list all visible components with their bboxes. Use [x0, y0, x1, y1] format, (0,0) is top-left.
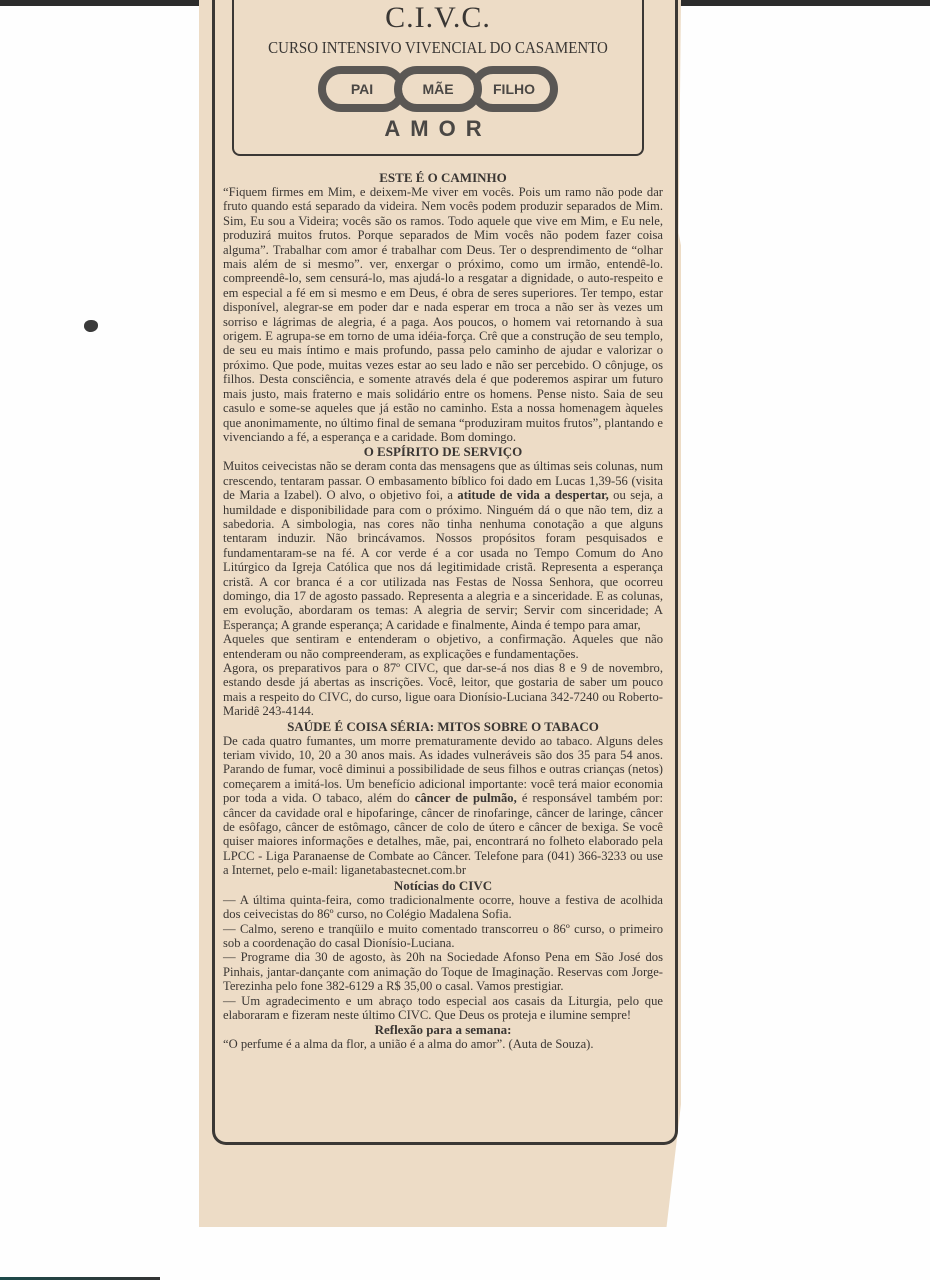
paragraph-servico-1: Muitos ceivecistas não se deram conta da… — [223, 459, 663, 632]
section-title-noticias: Notícias do CIVC — [223, 878, 663, 893]
column-header: C.I.V.C. CURSO INTENSIVO VIVENCIAL DO CA… — [232, 0, 644, 156]
chain-link-pai: PAI — [318, 66, 406, 112]
section-title-caminho: ESTE É O CAMINHO — [223, 170, 663, 185]
header-subtitle: CURSO INTENSIVO VIVENCIAL DO CASAMENTO — [258, 38, 617, 58]
news-item: — Calmo, sereno e tranqüilo e muito come… — [223, 922, 663, 951]
chain-links-logo: PAI MÃE FILHO — [318, 66, 558, 118]
paragraph-caminho: “Fiquem firmes em Mim, e deixem-Me viver… — [223, 185, 663, 444]
article-body: ESTE É O CAMINHO “Fiquem firmes em Mim, … — [223, 170, 663, 1052]
ink-blot — [84, 320, 98, 332]
bold-run: câncer de pulmão, — [415, 791, 517, 805]
section-title-servico: O ESPÍRITO DE SERVIÇO — [223, 444, 663, 459]
paragraph-saude: De cada quatro fumantes, um morre premat… — [223, 734, 663, 878]
news-item: — Programe dia 30 de agosto, às 20h na S… — [223, 950, 663, 993]
bold-run: atitude de vida a despertar, — [457, 488, 608, 502]
news-item: — A última quinta-feira, como tradiciona… — [223, 893, 663, 922]
header-title: C.I.V.C. — [234, 2, 642, 34]
reflexao-quote: “O perfume é a alma da flor, a união é a… — [223, 1037, 663, 1051]
news-item: — Um agradecimento e um abraço todo espe… — [223, 994, 663, 1023]
chain-link-mae: MÃE — [394, 66, 482, 112]
header-motto: AMOR — [234, 116, 642, 142]
section-title-saude: SAÚDE É COISA SÉRIA: MITOS SOBRE O TABAC… — [223, 719, 663, 734]
text-run: ou seja, a humildade e disponibilidade p… — [223, 488, 663, 632]
paragraph-servico-3: Agora, os preparativos para o 87º CIVC, … — [223, 661, 663, 719]
chain-link-filho: FILHO — [470, 66, 558, 112]
paragraph-servico-2: Aqueles que sentiram e entenderam o obje… — [223, 632, 663, 661]
section-title-reflexao: Reflexão para a semana: — [223, 1022, 663, 1037]
